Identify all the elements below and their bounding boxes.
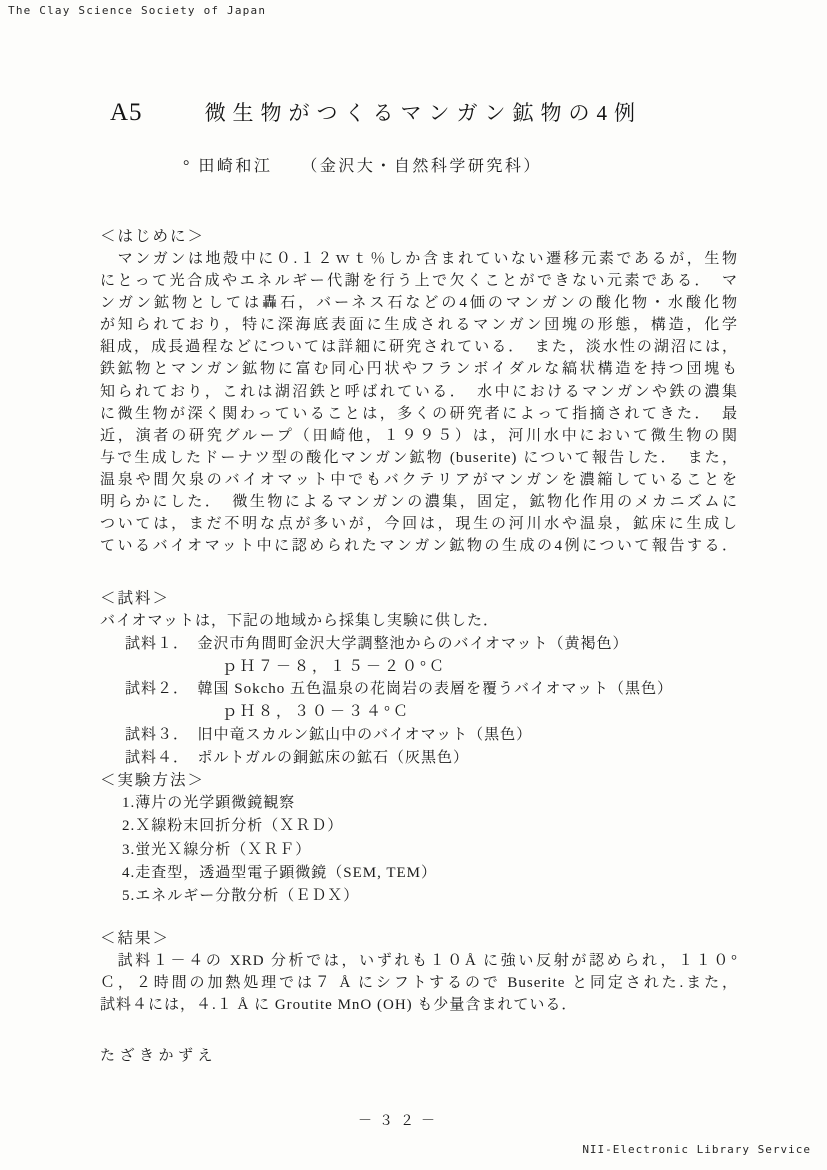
section-heading-methods: ＜実験方法＞ <box>100 770 738 792</box>
title-row: A5微生物がつくるマンガン鉱物の4例 <box>110 97 642 127</box>
session-code: A5 <box>110 99 143 126</box>
text-line: Ｃ，２時間の加熱処理では７ Å にシフトするので Buserite と同定された… <box>100 972 738 994</box>
method-item: 5.エネルギー分散分析（ＥＤＸ） <box>100 885 738 908</box>
text-line: ついては，まだ不明な点が多いが，今回は，現生の河川水や温泉，鉱床に生成し <box>100 513 738 535</box>
text-line: 近，演者の研究グループ（田崎他，１９９５）は，河川水中において微生物の関 <box>100 425 738 447</box>
text-line: 明らかにした． 微生物によるマンガンの濃集，固定，鉱物化作用のメカニズムに <box>100 491 738 513</box>
text-line: ているバイオマット中に認められたマンガン鉱物の生成の4例について報告する． <box>100 535 738 557</box>
author-line: ° 田崎和江 （金沢大・自然科学研究科） <box>183 153 542 176</box>
text-line: 試料１－４の XRD 分析では，いずれも１０Å に強い反射が認められ，１１０° <box>100 950 738 972</box>
society-header: The Clay Science Society of Japan <box>8 4 266 17</box>
sample-item: 試料１． 金沢市角間町金沢大学調整池からのバイオマット（黄褐色） <box>100 633 738 656</box>
library-service-footer: NII-Electronic Library Service <box>582 1143 811 1156</box>
sample-item: 試料２． 韓国 Sokcho 五色温泉の花崗岩の表層を覆うバイオマット（黒色） <box>100 678 738 701</box>
text-line: 組成，成長過程などについては詳細に研究されている． また，淡水性の湖沼には， <box>100 336 738 358</box>
sample-item-conditions: ｐＨ８，３０－３４°Ｃ <box>100 701 738 724</box>
document-page: The Clay Science Society of Japan A5微生物が… <box>0 0 827 1170</box>
section-introduction: ＜はじめに＞ マンガンは地殻中に０.１２ｗｔ％しか含まれていない遷移元素であるが… <box>100 226 738 557</box>
section-samples: ＜試料＞ バイオマットは，下記の地域から採集し実験に供した． 試料１． 金沢市角… <box>100 588 738 770</box>
text-line: 知られており，これは湖沼鉄と呼ばれている． 水中におけるマンガンや鉄の濃集 <box>100 381 738 403</box>
text-line: マンガンは地殻中に０.１２ｗｔ％しか含まれていない遷移元素であるが，生物 <box>100 248 738 270</box>
sample-item: 試料３． 旧中竜スカルン鉱山中のバイオマット（黒色） <box>100 724 738 747</box>
text-line: 与で生成したドーナツ型の酸化マンガン鉱物 (buserite) について報告した… <box>100 447 738 469</box>
section-heading-samples: ＜試料＞ <box>100 588 738 610</box>
section-methods: ＜実験方法＞ 1.薄片の光学顕微鏡観察 2.Ｘ線粉末回折分析（ＸＲＤ） 3.蛍光… <box>100 770 738 908</box>
method-item: 1.薄片の光学顕微鏡観察 <box>100 792 738 815</box>
page-number: －３２－ <box>0 1110 800 1130</box>
text-line: にとって光合成やエネルギー代謝を行う上で欠くことができない元素である． マ <box>100 270 738 292</box>
paper-title: 微生物がつくるマンガン鉱物の4例 <box>205 101 643 125</box>
method-item: 3.蛍光Ｘ線分析（ＸＲＦ） <box>100 839 738 862</box>
sample-item-conditions: ｐＨ７－８，１５－２０°Ｃ <box>100 656 738 679</box>
sample-item: 試料４． ポルトガルの銅鉱床の鉱石（灰黒色） <box>100 747 738 770</box>
section-heading-introduction: ＜はじめに＞ <box>100 226 738 248</box>
text-line: 温泉や間欠泉のバイオマット中でもバクテリアがマンガンを濃縮していることを <box>100 469 738 491</box>
section-heading-results: ＜結果＞ <box>100 928 738 950</box>
author-kana-signature: たざきかずえ <box>100 1044 217 1065</box>
text-line: 鉄鉱物とマンガン鉱物に富む同心円状やフランボイダルな縞状構造を持つ団塊も <box>100 358 738 380</box>
text-line: 試料４には，４.１ Å に Groutite MnO (OH) も少量含まれてい… <box>100 994 738 1016</box>
text-line: が知られており，特に深海底表面に生成されるマンガン団塊の形態，構造，化学 <box>100 314 738 336</box>
text-line: に微生物が深く関わっていることは，多くの研究者によって指摘されてきた． 最 <box>100 403 738 425</box>
text-line: ンガン鉱物としては轟石，バーネス石などの4価のマンガンの酸化物・水酸化物 <box>100 292 738 314</box>
samples-lead: バイオマットは，下記の地域から採集し実験に供した． <box>100 610 738 633</box>
method-item: 2.Ｘ線粉末回折分析（ＸＲＤ） <box>100 815 738 838</box>
method-item: 4.走査型，透過型電子顕微鏡（SEM, TEM） <box>100 862 738 885</box>
section-results: ＜結果＞ 試料１－４の XRD 分析では，いずれも１０Å に強い反射が認められ，… <box>100 928 738 1016</box>
